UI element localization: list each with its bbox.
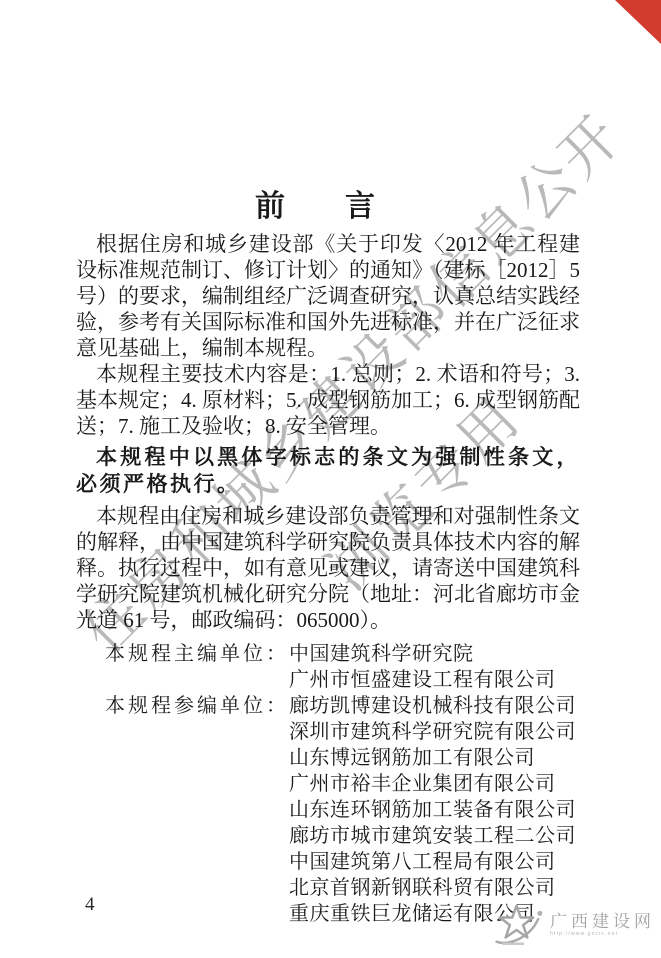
page-content: 前言 根据住房和城乡建设部《关于印发〈2012 年工程建设标准规范制订、修订计划… xyxy=(0,0,661,958)
page-number: 4 xyxy=(85,894,95,916)
page-title: 前言 xyxy=(0,181,630,225)
title-char-left: 前 xyxy=(255,190,285,223)
site-logo: 广西建设网 http://www.gxcic.net xyxy=(494,902,655,948)
star-swoosh-icon xyxy=(494,902,544,948)
body-text: 根据住房和城乡建设部《关于印发〈2012 年工程建设标准规范制订、修订计划〉的通… xyxy=(76,231,580,927)
editors-section: 本规程主编单位： 中国建筑科学研究院 广州市恒盛建设工程有限公司 本规程参编单位… xyxy=(76,641,580,927)
chief-editor-units: 中国建筑科学研究院 广州市恒盛建设工程有限公司 xyxy=(289,641,580,693)
paragraph-basis: 根据住房和城乡建设部《关于印发〈2012 年工程建设标准规范制订、修订计划〉的通… xyxy=(76,231,580,361)
participant-unit: 深圳市建筑科学研究院有限公司 xyxy=(289,719,580,745)
logo-tagline: http://www.gxcic.net xyxy=(550,931,655,938)
logo-text-column: 广西建设网 http://www.gxcic.net xyxy=(550,912,655,938)
participant-unit: 北京首钢新钢联科贸有限公司 xyxy=(289,875,580,901)
participant-editor-row: 本规程参编单位： 廊坊凯博建设机械科技有限公司 深圳市建筑科学研究院有限公司 山… xyxy=(76,693,580,927)
document-page: 住房和城乡建设部信息公开 浏览专用 前言 根据住房和城乡建设部《关于印发〈201… xyxy=(0,0,661,958)
participant-unit: 山东博远钢筋加工有限公司 xyxy=(289,745,580,771)
participant-unit: 山东连环钢筋加工装备有限公司 xyxy=(289,797,580,823)
participant-editor-label: 本规程参编单位： xyxy=(76,693,289,719)
participant-editor-units: 廊坊凯博建设机械科技有限公司 深圳市建筑科学研究院有限公司 山东博远钢筋加工有限… xyxy=(289,693,580,927)
chief-editor-row: 本规程主编单位： 中国建筑科学研究院 广州市恒盛建设工程有限公司 xyxy=(76,641,580,693)
chief-editor-label: 本规程主编单位： xyxy=(76,641,289,667)
paragraph-mandatory-clauses: 本规程中以黑体字标志的条文为强制性条文，必须严格执行。 xyxy=(76,444,580,498)
participant-unit: 中国建筑第八工程局有限公司 xyxy=(289,849,580,875)
paragraph-contents: 本规程主要技术内容是：1. 总则；2. 术语和符号；3. 基本规定；4. 原材料… xyxy=(76,361,580,439)
logo-site-name: 广西建设网 xyxy=(550,912,655,931)
chief-unit: 广州市恒盛建设工程有限公司 xyxy=(289,667,580,693)
participant-unit: 广州市裕丰企业集团有限公司 xyxy=(289,771,580,797)
title-char-right: 言 xyxy=(345,190,375,223)
chief-unit: 中国建筑科学研究院 xyxy=(289,641,580,667)
paragraph-management: 本规程由住房和城乡建设部负责管理和对强制性条文的解释，由中国建筑科学研究院负责具… xyxy=(76,503,580,633)
participant-unit: 廊坊凯博建设机械科技有限公司 xyxy=(289,693,580,719)
participant-unit: 廊坊市城市建筑安装工程二公司 xyxy=(289,823,580,849)
